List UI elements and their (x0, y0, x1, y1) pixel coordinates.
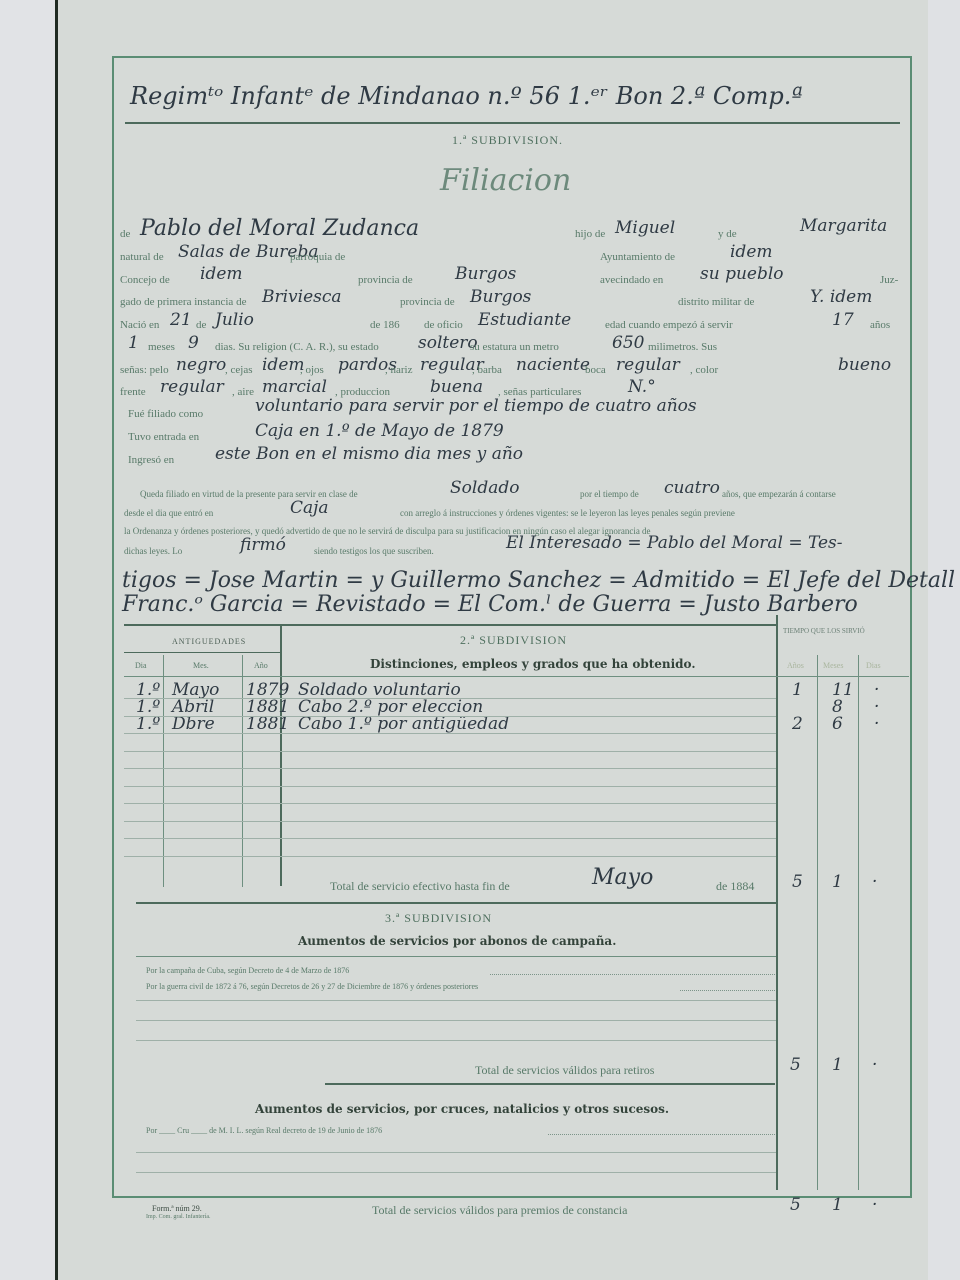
label-boca: boca (585, 364, 606, 376)
ruled-line (124, 733, 776, 734)
label-distrito: distrito militar de (678, 296, 754, 308)
label-y-de: y de (718, 228, 737, 240)
ruled-line (124, 768, 776, 769)
provincia-value: Burgos (455, 264, 516, 284)
total-efectivo-label: Total de servicio efectivo hasta fin de (330, 879, 510, 894)
header-rule (125, 122, 900, 124)
label-color: , color (690, 364, 718, 376)
dot-leader (680, 990, 775, 991)
printer-imprint: Imp. Com. gral. Infantería. (146, 1214, 210, 1220)
age-days: 9 (188, 333, 199, 353)
oath-line2-a: desde el dia que entró en (124, 508, 213, 518)
total-efectivo-meses: 1 (832, 872, 843, 892)
label-juzgado2: gado de primera instancia de (120, 296, 246, 308)
row-dias: · (874, 714, 879, 734)
col-mes-divider (242, 655, 243, 887)
estatura-value: 650 (612, 333, 644, 353)
entrada-value: Caja en 1.º de Mayo de 1879 (255, 421, 504, 441)
subdivision3-label: 3.ª SUBDIVISION (385, 911, 492, 926)
label-milimetros: milimetros. Sus (648, 341, 717, 353)
row-descripcion: Cabo 1.º por antigüedad (298, 714, 509, 734)
subdivision3-heading: Aumentos de servicios por abonos de camp… (298, 934, 616, 948)
label-avecindado: avecindado en (600, 274, 663, 286)
label-barba: , barba (472, 364, 502, 376)
total-constancia-label: Total de servicios válidos para premios … (372, 1203, 627, 1218)
ruled-line (124, 821, 776, 822)
oath-line4-a: dichas leyes. Lo (124, 546, 182, 556)
oath-tiempo: cuatro (664, 478, 720, 498)
dot-leader (548, 1134, 775, 1135)
total-constancia-meses: 1 (832, 1195, 843, 1215)
produccion-value: buena (430, 377, 483, 397)
label-parroquia: parroquia de (290, 251, 345, 263)
label-filiado: Fué filiado como (128, 408, 203, 420)
label-de: de (120, 228, 130, 240)
label-nacio: Nació en (120, 319, 159, 331)
sub2-top-rule (124, 624, 776, 626)
juzgado-value: Briviesca (262, 287, 342, 307)
total-constancia-dias: · (872, 1195, 877, 1215)
total-retiros-meses: 1 (832, 1055, 843, 1075)
provincia2-value: Burgos (470, 287, 531, 307)
row-anios: 1 (792, 680, 803, 700)
row-anio: 1881 (246, 714, 289, 734)
ingreso-value: este Bon en el mismo dia mes y año (215, 444, 523, 464)
age-months: 1 (128, 333, 139, 353)
form-number: Form.ª núm 29. (152, 1204, 202, 1213)
label-edad: edad cuando empezó á servir (605, 319, 733, 331)
father-name: Miguel (615, 218, 675, 238)
pelo-value: negro (176, 355, 226, 375)
subdivision2-label: 2.ª SUBDIVISION (460, 633, 567, 648)
filiacion-title: Filiacion (440, 163, 571, 198)
oath-line4-b: siendo testigos los que suscriben. (314, 546, 434, 556)
age-years: 17 (832, 310, 854, 330)
tiempo-divider (776, 615, 778, 1190)
oath-entro: Caja (290, 498, 329, 518)
total-efectivo-year: de 1884 (716, 879, 754, 894)
oath-line2-b: con arreglo á instrucciones y órdenes vi… (400, 508, 735, 518)
aire-value: marcial (262, 377, 327, 397)
concejo-value: idem (200, 264, 243, 284)
label-juzgado: Juz- (880, 274, 898, 286)
col-mes-header: Mes. (193, 661, 209, 670)
ruled-line (124, 786, 776, 787)
label-concejo: Concejo de (120, 274, 170, 286)
cejas-value: idem (262, 355, 305, 375)
oath-firmo: firmó (240, 535, 286, 555)
campaign-line-cuba: Por la campaña de Cuba, según Decreto de… (146, 966, 349, 975)
signatures-line3: Franc.ᵒ Garcia = Revistado = El Com.ˡ de… (122, 592, 858, 617)
label-ayuntamiento: Ayuntamiento de (600, 251, 675, 263)
color-value: bueno (838, 355, 891, 375)
label-ingreso: Ingresó en (128, 454, 174, 466)
real-decreto-line: Por ____ Cru ____ de M. I. L. según Real… (146, 1126, 382, 1135)
soldier-name: Pablo del Moral Zudanca (140, 216, 419, 241)
row-meses: 6 (832, 714, 843, 734)
oath-clase: Soldado (450, 478, 519, 498)
row-anios: 2 (792, 714, 803, 734)
background-left (0, 0, 55, 1280)
label-natural: natural de (120, 251, 164, 263)
total-constancia-anios: 5 (790, 1195, 801, 1215)
regiment-header: Regimᵗᵒ Infantᵉ de Mindanao n.º 56 1.ᵉʳ … (130, 82, 803, 110)
antiguedades-rule (124, 652, 280, 653)
sub3-top-rule (136, 902, 776, 904)
ruled-line (136, 1152, 776, 1153)
row-dia: 1.º (136, 714, 160, 734)
col-meses-header: Meses (823, 661, 843, 670)
frente-value: regular (160, 377, 224, 397)
campaign-line-guerra-civil: Por la guerra civil de 1872 á 76, según … (146, 982, 478, 991)
label-nariz: , nariz (385, 364, 412, 376)
aumentos-cruces-heading: Aumentos de servicios, por cruces, natal… (255, 1102, 669, 1116)
total-efectivo-anios: 5 (792, 872, 803, 892)
label-dias: dias. Su religion (C. A. R.), su estado (215, 341, 379, 353)
col-dia-header: Dia (135, 661, 147, 670)
retiros-rule (325, 1083, 775, 1085)
dot-leader (490, 974, 775, 975)
col-dia-divider (163, 655, 164, 887)
oficio-value: Estudiante (478, 310, 571, 330)
label-provincia2: provincia de (400, 296, 455, 308)
label-entrada: Tuvo entrada en (128, 431, 199, 443)
col-anios-divider (817, 655, 818, 1190)
col-anios-header: Años (787, 661, 804, 670)
ayuntamiento-value: idem (730, 242, 773, 262)
senas-particulares-value: N.° (628, 377, 656, 397)
label-hijo: hijo de (575, 228, 605, 240)
subdivision2-heading: Distinciones, empleos y grados que ha ob… (370, 657, 696, 671)
signatures-line1: El Interesado = Pablo del Moral = Tes- (506, 533, 843, 553)
birth-day: 21 (170, 310, 192, 330)
subdivision1-label: 1.ª SUBDIVISION. (452, 133, 563, 148)
ruled-line (124, 838, 776, 839)
distrito-value: Y. idem (810, 287, 872, 307)
oath-line1-c: años, que empezarán á contarse (722, 489, 836, 499)
sub3-heading-rule (136, 956, 776, 957)
oath-line1-b: por el tiempo de (580, 489, 639, 499)
col-meses-divider (858, 655, 859, 1190)
ruled-line (124, 751, 776, 752)
mother-name: Margarita (800, 216, 887, 236)
label-cejas: , cejas (225, 364, 252, 376)
label-provincia: provincia de (358, 274, 413, 286)
boca-value: regular (616, 355, 680, 375)
label-senas: señas: pelo (120, 364, 169, 376)
label-frente: frente (120, 386, 146, 398)
col-anio-header: Año (254, 661, 268, 670)
ruled-line (124, 803, 776, 804)
avecindado-value: su pueblo (700, 264, 784, 284)
ruled-line (136, 1000, 776, 1001)
label-aire: , aire (232, 386, 254, 398)
total-efectivo-dias: · (872, 872, 877, 892)
ruled-line (136, 1172, 776, 1173)
row-mes: Dbre (172, 714, 215, 734)
table-header-rule (124, 676, 909, 677)
col-dias-header: Dias (866, 661, 881, 670)
estado-value: soltero (418, 333, 478, 353)
label-birth-year: de 186 (370, 319, 400, 331)
total-retiros-anios: 5 (790, 1055, 801, 1075)
total-retiros-dias: · (872, 1055, 877, 1075)
ruled-line (124, 856, 776, 857)
ruled-line (136, 1020, 776, 1021)
label-ojos: , ojos (300, 364, 324, 376)
label-estatura: su estatura un metro (470, 341, 559, 353)
label-anios: años (870, 319, 890, 331)
total-retiros-label: Total de servicios válidos para retiros (475, 1063, 654, 1078)
label-meses: meses (148, 341, 175, 353)
ruled-line (124, 716, 776, 717)
tiempo-label: TIEMPO QUE LOS SIRVIÓ (783, 627, 865, 635)
ruled-line (124, 698, 776, 699)
filiado-value: voluntario para servir por el tiempo de … (255, 396, 697, 416)
label-oficio: de oficio (424, 319, 463, 331)
total-efectivo-month: Mayo (592, 865, 653, 890)
antiguedades-label: ANTIGUEDADES (172, 637, 246, 646)
ruled-line (136, 1040, 776, 1041)
barba-value: naciente (516, 355, 590, 375)
birth-month: Julio (215, 310, 254, 330)
antiguedades-divider (280, 626, 282, 886)
signatures-line2: tigos = Jose Martin = y Guillermo Sanche… (122, 568, 955, 593)
label-birth-de: de (196, 319, 206, 331)
